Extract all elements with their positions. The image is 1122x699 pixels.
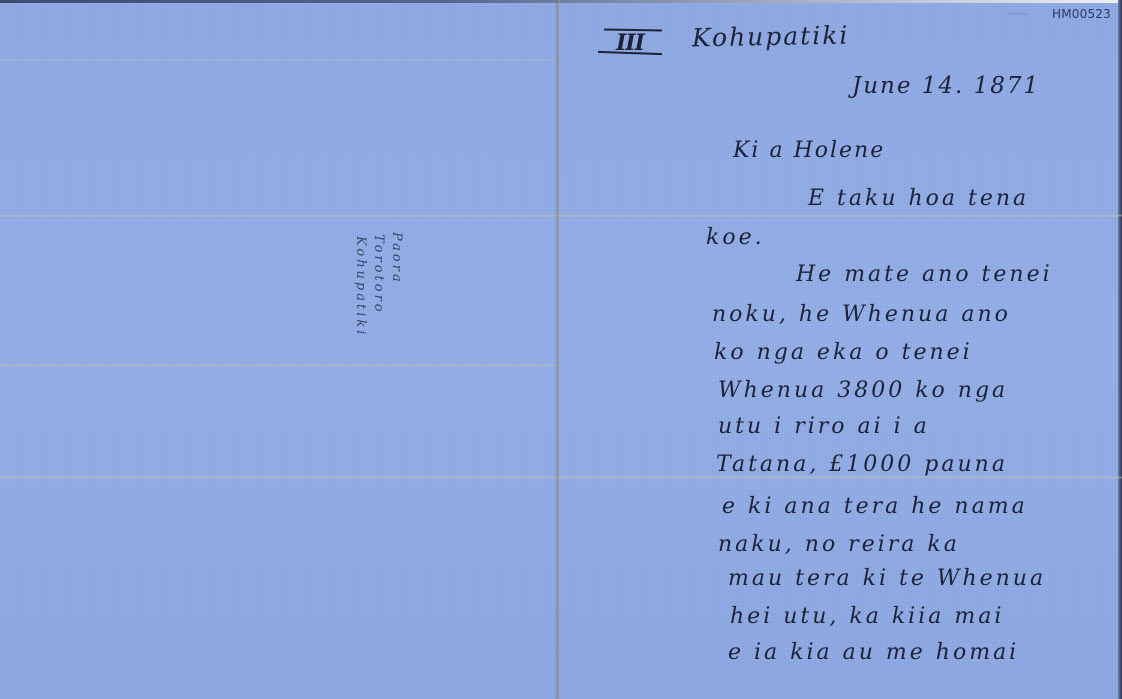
body-line: ko nga eka o tenei — [714, 340, 973, 365]
left-page: Paora Torotoro Kohupatiki — [0, 0, 556, 699]
docket-line-surname: Torotoro — [371, 234, 386, 315]
body-line: mau tera ki te Whenua — [728, 566, 1046, 591]
body-line: E taku hoa tena — [808, 186, 1029, 211]
archive-faint-stamp: ▫▫▫▫▫ — [1008, 10, 1028, 17]
docket-endorsement: Paora Torotoro Kohupatiki — [318, 232, 408, 362]
body-line: hei utu, ka kiia mai — [730, 604, 1004, 629]
body-line: Tatana, £1000 pauna — [716, 452, 1008, 477]
body-line: naku, no reira ka — [718, 532, 960, 557]
body-line: He mate ano tenei — [796, 262, 1053, 287]
folio-numeral: III — [598, 26, 668, 56]
letter-date: June 14. 1871 — [852, 73, 1040, 99]
letter-salutation: Ki a Holene — [733, 138, 885, 163]
docket-line-name: Paora — [389, 232, 404, 285]
archive-reference-id: HM00523 — [1052, 7, 1111, 21]
body-line: utu i riro ai i a — [718, 414, 930, 439]
body-line: koe. — [706, 225, 765, 250]
body-line: noku, he Whenua ano — [712, 302, 1011, 327]
letter-place: Kohupatiki — [692, 21, 850, 53]
body-line: Whenua 3800 ko nga — [718, 378, 1008, 403]
body-line: e ia kia au me homai — [728, 640, 1019, 665]
body-line: e ki ana tera he nama — [722, 494, 1028, 519]
scanned-letter: Paora Torotoro Kohupatiki ▫▫▫▫▫ HM00523 … — [0, 0, 1122, 699]
docket-line-place: Kohupatiki — [353, 236, 368, 337]
